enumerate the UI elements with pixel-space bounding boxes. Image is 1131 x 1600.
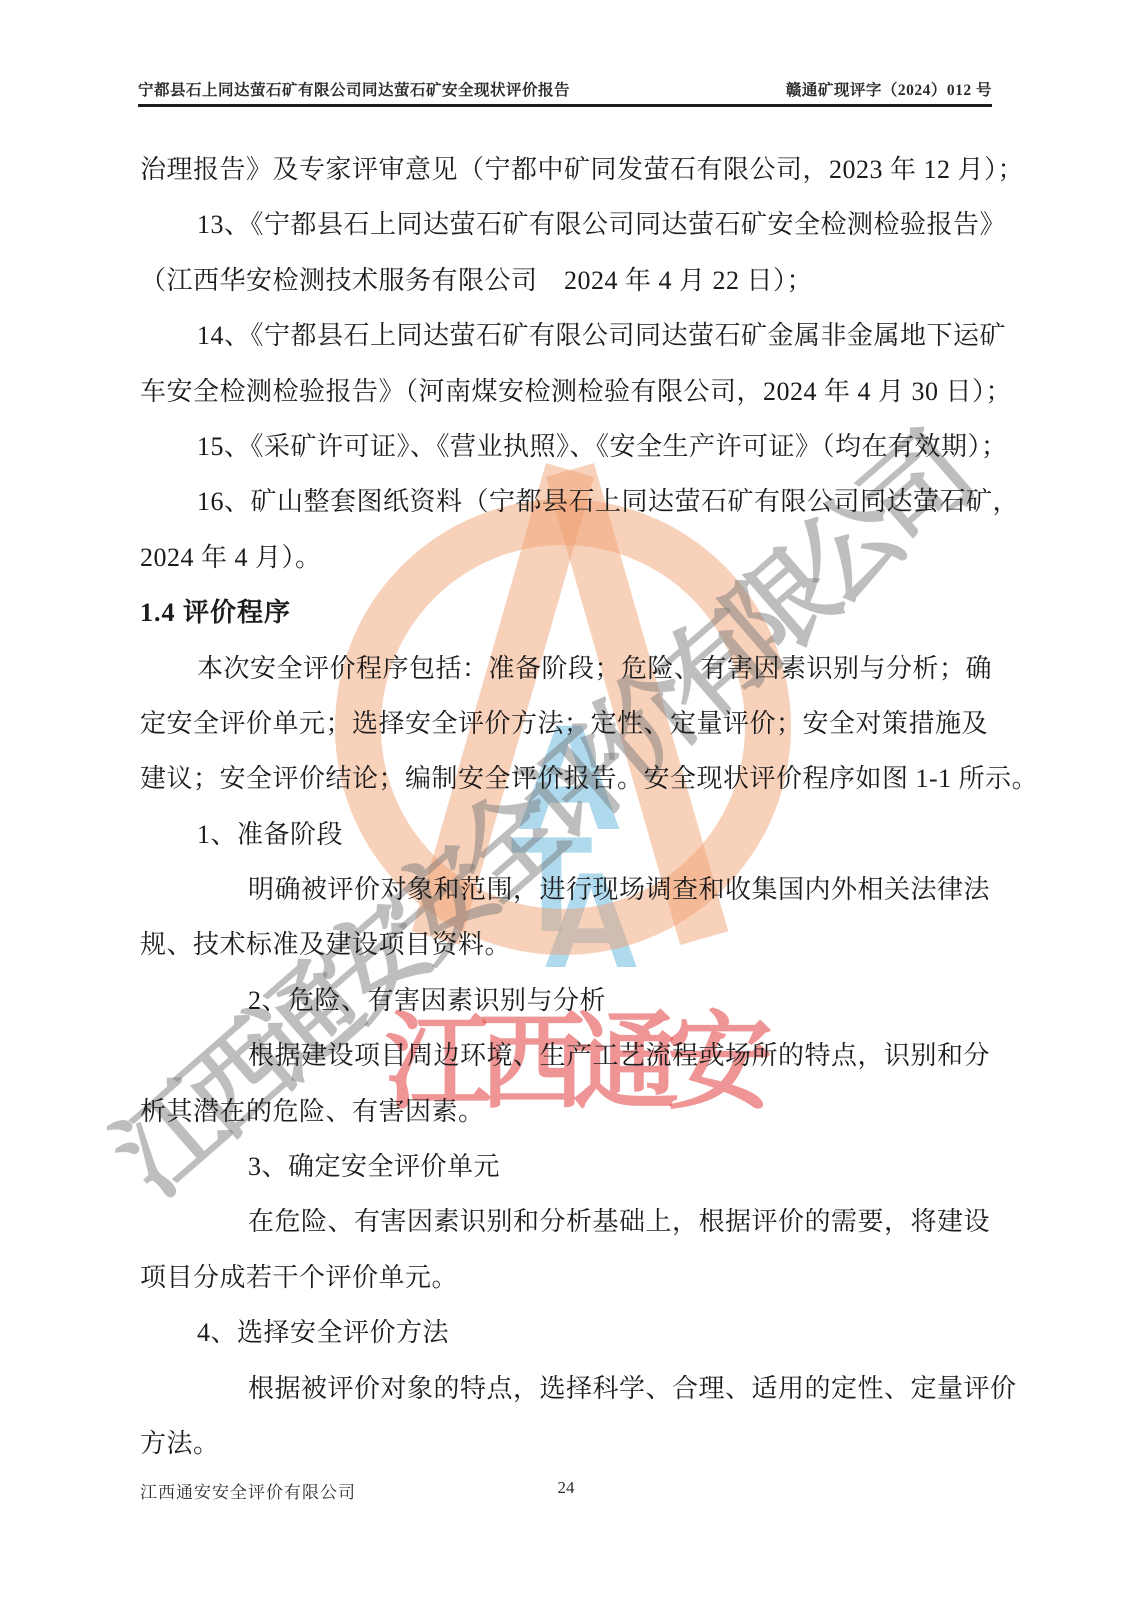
body-line: 明确被评价对象和范围，进行现场调查和收集国内外相关法律法	[140, 862, 1000, 917]
document-page: A T A 江西通安安全评价有限公司 江西通安 宁都县石上同达萤石矿有限公司同达…	[0, 0, 1131, 1600]
page-header: 宁都县石上同达萤石矿有限公司同达萤石矿安全现状评价报告 赣通矿现评字（2024）…	[138, 78, 992, 100]
body-line: 根据被评价对象的特点，选择科学、合理、适用的定性、定量评价	[140, 1361, 1000, 1416]
body-line: 14、《宁都县石上同达萤石矿有限公司同达萤石矿金属非金属地下运矿	[140, 308, 1000, 363]
body-line: 析其潜在的危险、有害因素。	[140, 1084, 1000, 1139]
body-line: 2、危险、有害因素识别与分析	[140, 973, 1000, 1028]
body-line: 车安全检测检验报告》（河南煤安检测检验有限公司，2024 年 4 月 30 日）…	[140, 364, 1000, 419]
body-line: 在危险、有害因素识别和分析基础上，根据评价的需要，将建设	[140, 1194, 1000, 1249]
body-line: 13、《宁都县石上同达萤石矿有限公司同达萤石矿安全检测检验报告》	[140, 197, 1000, 252]
body-line: 规、技术标准及建设项目资料。	[140, 917, 1000, 972]
body-line: 根据建设项目周边环境、生产工艺流程或场所的特点，识别和分	[140, 1028, 1000, 1083]
header-left-title: 宁都县石上同达萤石矿有限公司同达萤石矿安全现状评价报告	[138, 78, 570, 100]
body-line: 治理报告》及专家评审意见（宁都中矿同发萤石有限公司，2023 年 12 月）；	[140, 142, 1000, 197]
body-line: 16、矿山整套图纸资料（宁都县石上同达萤石矿有限公司同达萤石矿，	[140, 474, 1000, 529]
body-line: 1、准备阶段	[140, 807, 1000, 862]
header-doc-number: 赣通矿现评字（2024）012 号	[786, 78, 992, 100]
body-line: 本次安全评价程序包括：准备阶段；危险、有害因素识别与分析；确	[140, 641, 1000, 696]
body-line: （江西华安检测技术服务有限公司 2024 年 4 月 22 日）；	[140, 253, 1000, 308]
document-body: 治理报告》及专家评审意见（宁都中矿同发萤石有限公司，2023 年 12 月）； …	[140, 142, 1000, 1471]
header-rule	[138, 104, 992, 107]
body-line: 定安全评价单元；选择安全评价方法；定性、定量评价；安全对策措施及	[140, 696, 1000, 751]
body-line: 项目分成若干个评价单元。	[140, 1250, 1000, 1305]
body-line: 3、确定安全评价单元	[140, 1139, 1000, 1194]
page-footer: 江西通安安全评价有限公司 24	[140, 1478, 992, 1502]
content-layer: 宁都县石上同达萤石矿有限公司同达萤石矿安全现状评价报告 赣通矿现评字（2024）…	[0, 0, 1131, 1600]
body-line: 方法。	[140, 1416, 1000, 1471]
body-line: 建议；安全评价结论；编制安全评价报告。安全现状评价程序如图 1-1 所示。	[140, 751, 1000, 806]
body-line: 2024 年 4 月）。	[140, 530, 1000, 585]
section-heading-1-4: 1.4 评价程序	[140, 585, 1000, 640]
body-line: 15、《采矿许可证》、《营业执照》、《安全生产许可证》（均在有效期）；	[140, 419, 1000, 474]
body-line: 4、选择安全评价方法	[140, 1305, 1000, 1360]
footer-page-number: 24	[140, 1478, 992, 1498]
